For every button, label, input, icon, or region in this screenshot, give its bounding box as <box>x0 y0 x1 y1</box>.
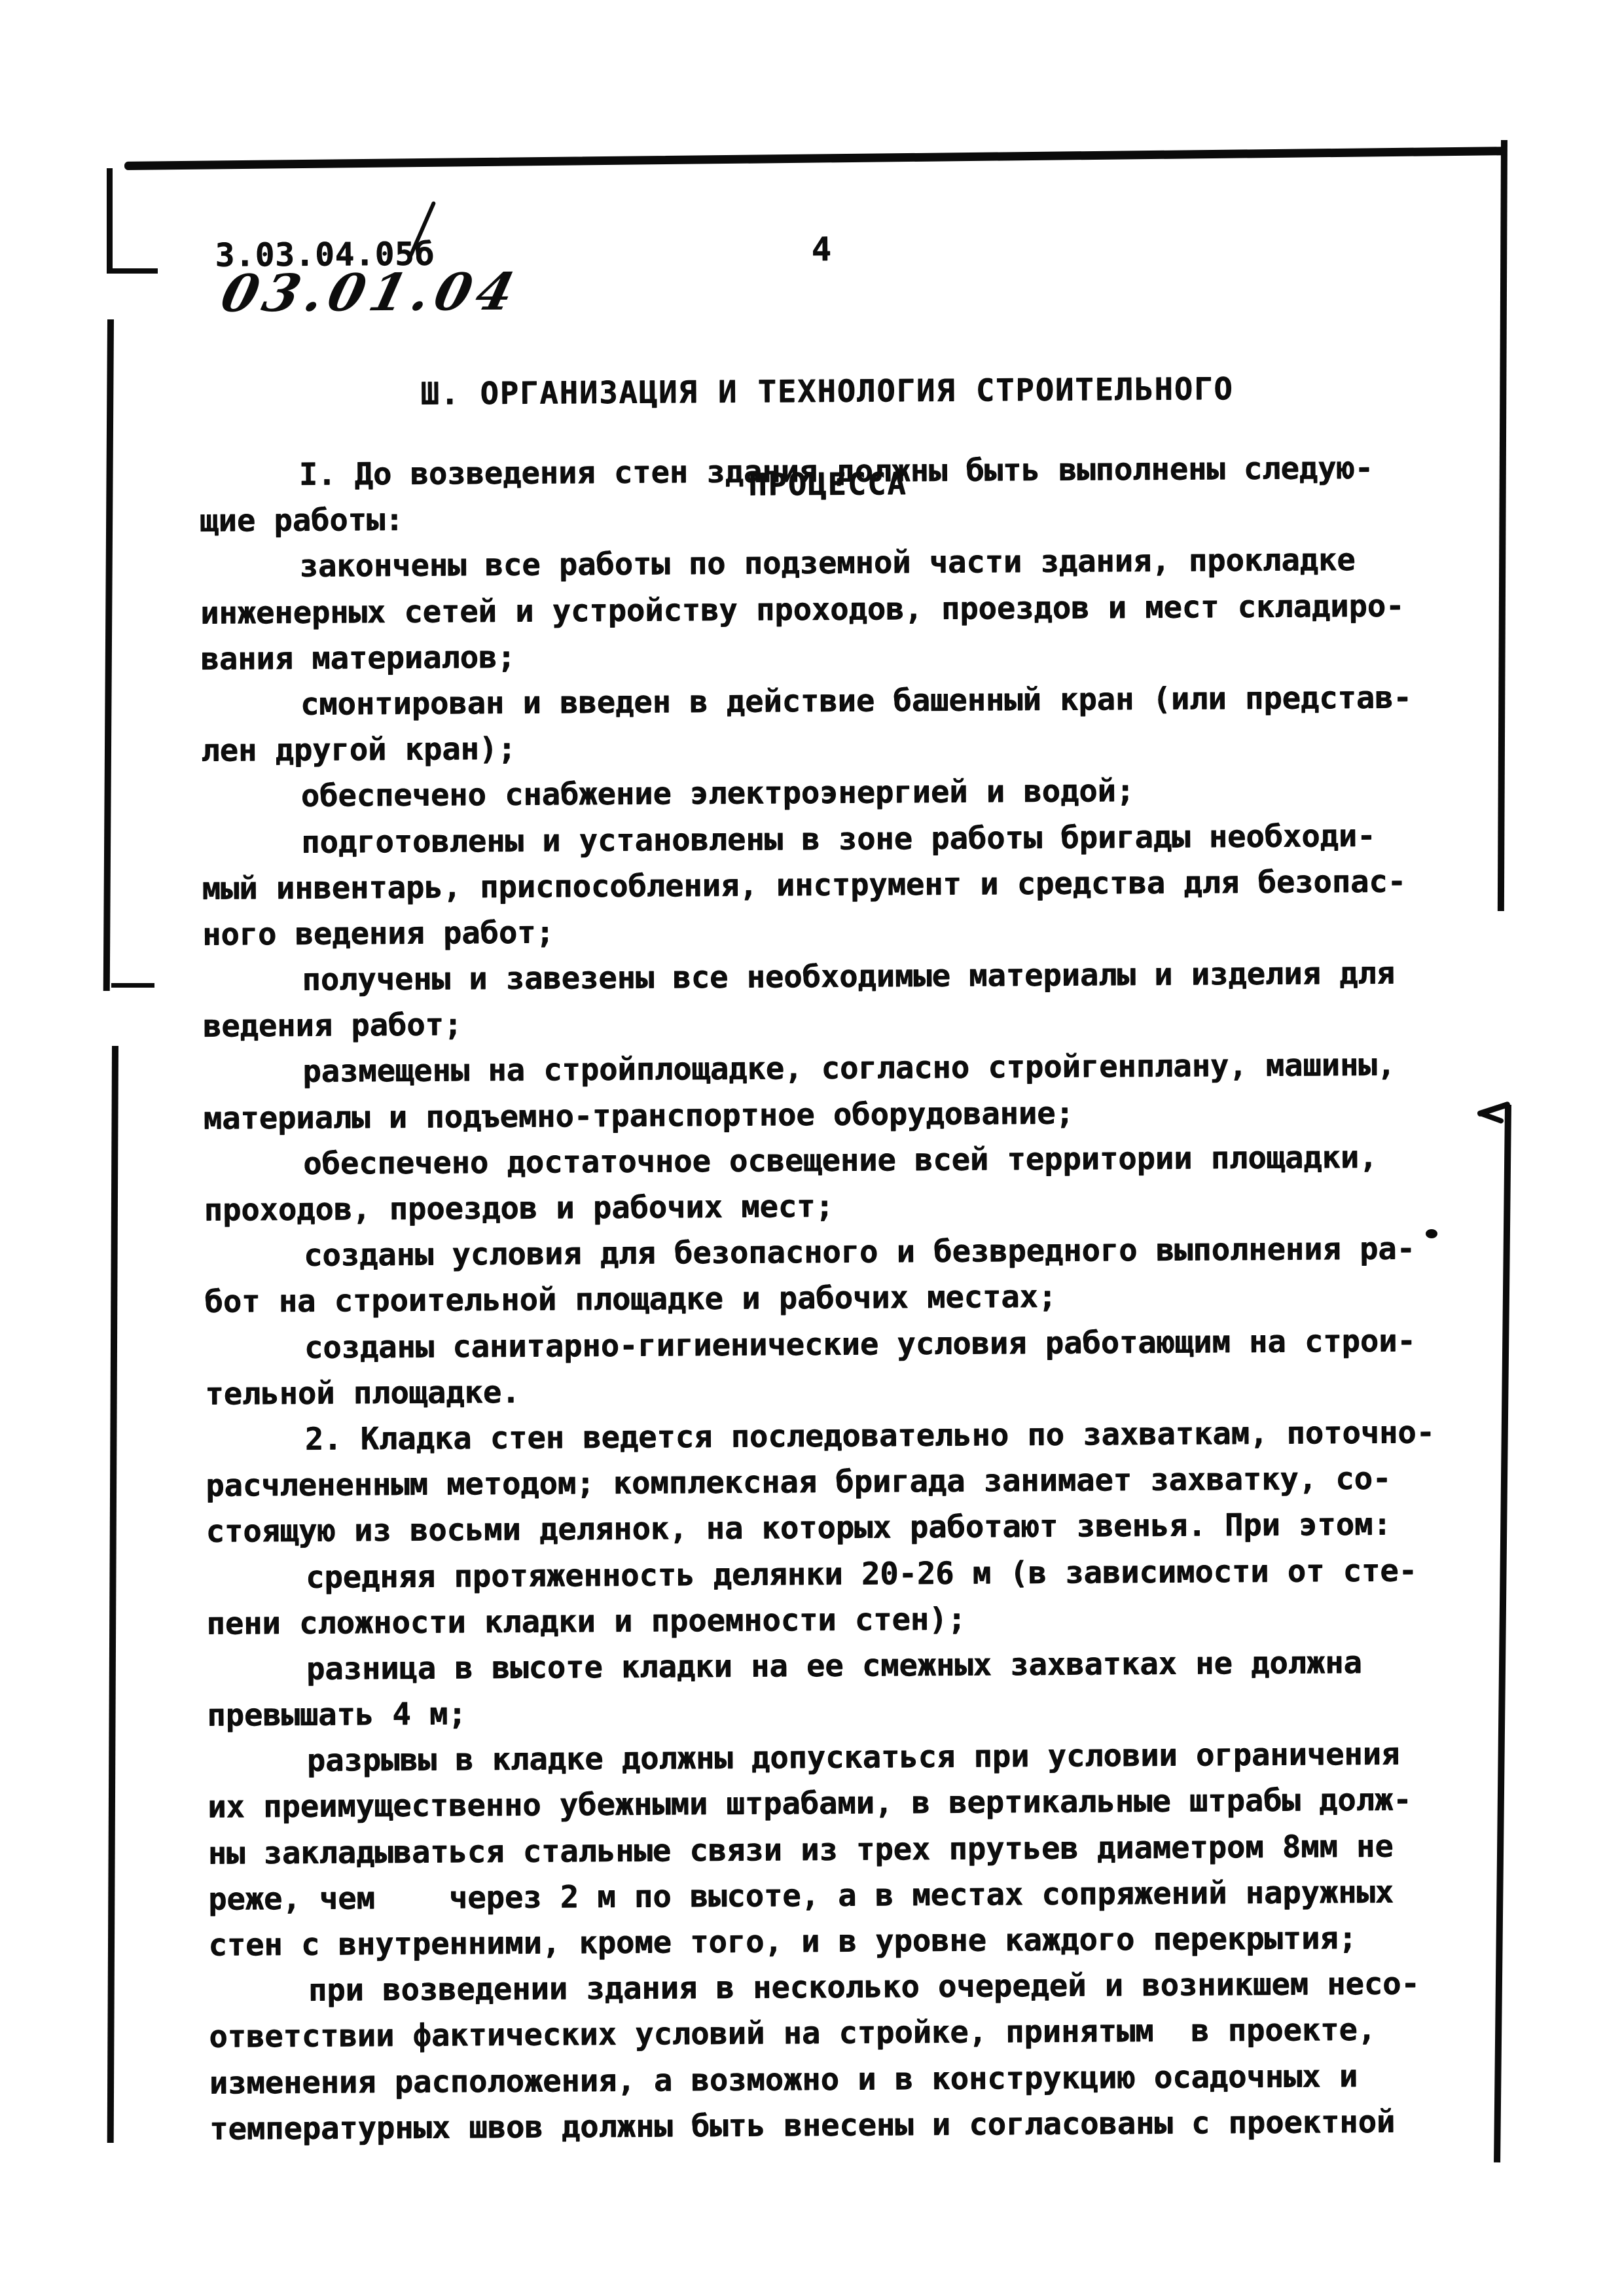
page-title-line1: Ш. ОРГАНИЗАЦИЯ И ТЕХНОЛОГИЯ СТРОИТЕЛЬНОГ… <box>420 371 1233 412</box>
text-line: I. До возведения стен здания должны быть… <box>200 445 1429 499</box>
text-line: мый инвентарь, приспособления, инструмен… <box>202 859 1431 912</box>
text-line: при возведении здания в несколько очеред… <box>209 1961 1438 2015</box>
text-line: лен другой кран); <box>201 721 1430 774</box>
text-line: реже, чем через 2 м по высоте, а в места… <box>208 1869 1437 1923</box>
text-line: изменения расположения, а возможно и в к… <box>209 2053 1439 2107</box>
scanned-document-page: { "colors": { "ink": "#0d0d0d", "paper":… <box>0 0 1624 2296</box>
text-line: материалы и подъемно-транспортное оборуд… <box>204 1088 1433 1142</box>
text-line: тельной площадке. <box>205 1364 1434 1418</box>
text-line: получены и завезены все необходимые мате… <box>202 950 1432 1004</box>
text-line: вания материалов; <box>200 629 1430 683</box>
text-line: обеспечено снабжение электроэнергией и в… <box>202 767 1431 821</box>
text-line: превышать 4 м; <box>207 1685 1436 1739</box>
text-line: ответствии фактических условий на стройк… <box>209 2007 1438 2061</box>
text-line: расчлененным методом; комплексная бригад… <box>206 1456 1435 1509</box>
text-line: стен с внутренними, кроме того, и в уров… <box>208 1915 1437 1969</box>
text-line: созданы условия для безопасного и безвре… <box>204 1226 1434 1280</box>
text-line: созданы санитарно-гигиенические условия … <box>205 1318 1434 1372</box>
text-line: размещены на стройплощадке, согласно стр… <box>203 1043 1432 1096</box>
text-line: щие работы: <box>200 491 1429 545</box>
text-line: инженерных сетей и устройству проходов, … <box>200 583 1430 637</box>
text-line: обеспечено достаточное освещение всей те… <box>204 1134 1433 1188</box>
text-line: пени сложности кладки и проемности стен)… <box>206 1594 1435 1647</box>
text-line: 2. Кладка стен ведется последовательно п… <box>206 1410 1435 1463</box>
text-line: ного ведения работ; <box>202 905 1432 958</box>
text-line: закончены все работы по подземной части … <box>200 537 1429 591</box>
text-line: ведения работ; <box>203 996 1432 1050</box>
text-line: стоящую из восьми делянок, на которых ра… <box>206 1502 1435 1556</box>
handwritten-code: 03.01.04 <box>215 262 526 324</box>
text-line: ны закладываться стальные связи из трех … <box>208 1823 1437 1877</box>
page-number: 4 <box>811 230 831 268</box>
text-line: проходов, проездов и рабочих мест; <box>204 1180 1433 1234</box>
text-line: температурных швов должны быть внесены и… <box>209 2099 1439 2153</box>
text-line: их преимущественно убежными штрабами, в … <box>208 1778 1437 1831</box>
document-body: I. До возведения стен здания должны быть… <box>200 445 1439 2152</box>
page-content: 3.03.04.05б 03.01.04 4 Ш. ОРГАНИЗАЦИЯ И … <box>0 0 1624 2296</box>
text-line: смонтирован и введен в действие башенный… <box>201 675 1430 728</box>
text-line: разрывы в кладке должны допускаться при … <box>208 1731 1437 1785</box>
text-line: разница в высоте кладки на ее смежных за… <box>207 1640 1436 1693</box>
text-line: средняя протяженность делянки 20-26 м (в… <box>206 1548 1435 1602</box>
text-line: бот на строительной площадке и рабочих м… <box>204 1272 1434 1326</box>
text-line: подготовлены и установлены в зоне работы… <box>202 813 1431 867</box>
